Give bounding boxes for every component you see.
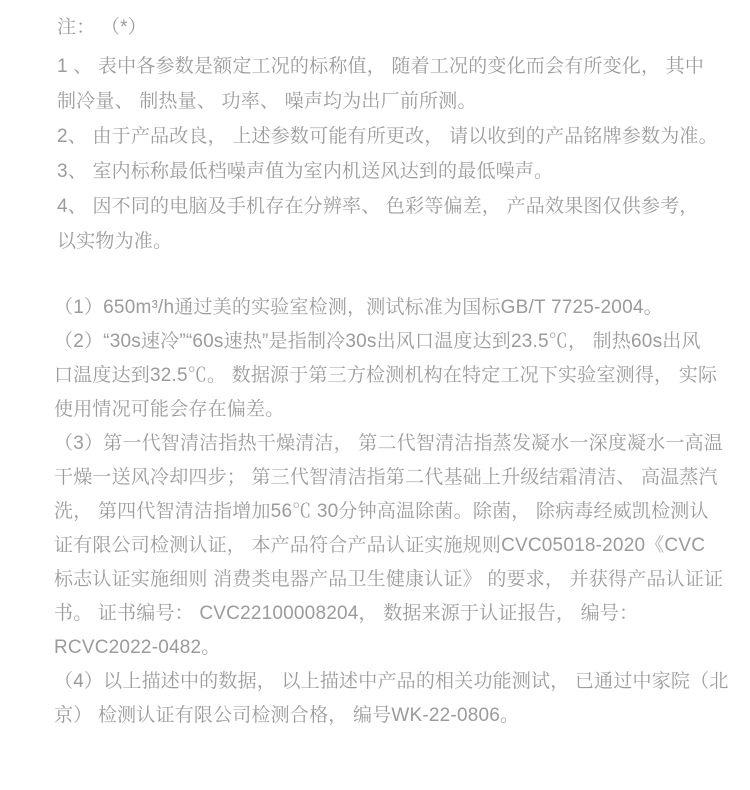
note-line-2: 2、 由于产品改良， 上述参数可能有所更改， 请以收到的产品铭牌参数为准。 — [57, 119, 730, 154]
note-line-1-cont: 制冷量、 制热量、 功率、 噪声均为出厂前所测。 — [57, 84, 730, 119]
footnote-3-cont-3: 证有限公司检测认证， 本产品符合产品认证实施规则CVC05018-2020《CV… — [54, 529, 734, 563]
note-line-1: 1 、 表中各参数是额定工况的标称值， 随着工况的变化而会有所变化， 其中 — [57, 49, 730, 84]
footnotes-section: （1）650m³/h通过美的实验室检测，测试标准为国标GB/T 7725-200… — [0, 291, 750, 733]
notes-header: 注： （*） — [57, 10, 730, 45]
note-line-4: 4、 因不同的电脑及手机存在分辨率、 色彩等偏差， 产品效果图仅供参考， — [57, 189, 730, 224]
footnote-2-cont-1: 口温度达到32.5℃。 数据源于第三方检测机构在特定工况下实验室测得， 实际 — [54, 359, 734, 393]
footnote-3-cont-2: 洗， 第四代智清洁指增加56℃ 30分钟高温除菌。除菌， 除病毒经威凯检测认 — [54, 495, 734, 529]
footnote-4-cont: 京） 检测认证有限公司检测合格， 编号WK-22-0806。 — [54, 699, 734, 733]
page: { "colors": { "background": "#ffffff", "… — [0, 0, 750, 790]
footnote-3-cont-1: 干燥一送风冷却四步； 第三代智清洁指第二代基础上升级结霜清洁、 高温蒸汽 — [54, 461, 734, 495]
note-line-3: 3、 室内标称最低档噪声值为室内机送风达到的最低噪声。 — [57, 154, 730, 189]
footnote-2-cont-2: 使用情况可能会存在偏差。 — [54, 393, 734, 427]
footnote-3-cont-4: 标志认证实施细则 消费类电器产品卫生健康认证》 的要求， 并获得产品认证证 — [54, 563, 734, 597]
footnote-3-cont-5: 书。 证书编号： CVC22100008204， 数据来源于认证报告， 编号： — [54, 597, 734, 631]
footnote-4: （4）以上描述中的数据， 以上描述中产品的相关功能测试， 已通过中家院（北 — [54, 665, 734, 699]
footnote-3: （3）第一代智清洁指热干燥清洁， 第二代智清洁指蒸发凝水一深度凝水一高温 — [54, 427, 734, 461]
footnote-1: （1）650m³/h通过美的实验室检测，测试标准为国标GB/T 7725-200… — [54, 291, 734, 325]
notes-section: 注： （*） 1 、 表中各参数是额定工况的标称值， 随着工况的变化而会有所变化… — [0, 10, 750, 259]
footnote-2: （2）“30s速冷”“60s速热”是指制冷30s出风口温度达到23.5℃， 制热… — [54, 325, 734, 359]
product-notes-document: 注： （*） 1 、 表中各参数是额定工况的标称值， 随着工况的变化而会有所变化… — [0, 0, 750, 733]
note-line-4-cont: 以实物为准。 — [57, 224, 730, 259]
footnote-3-cont-6: RCVC2022-0482。 — [54, 631, 734, 665]
